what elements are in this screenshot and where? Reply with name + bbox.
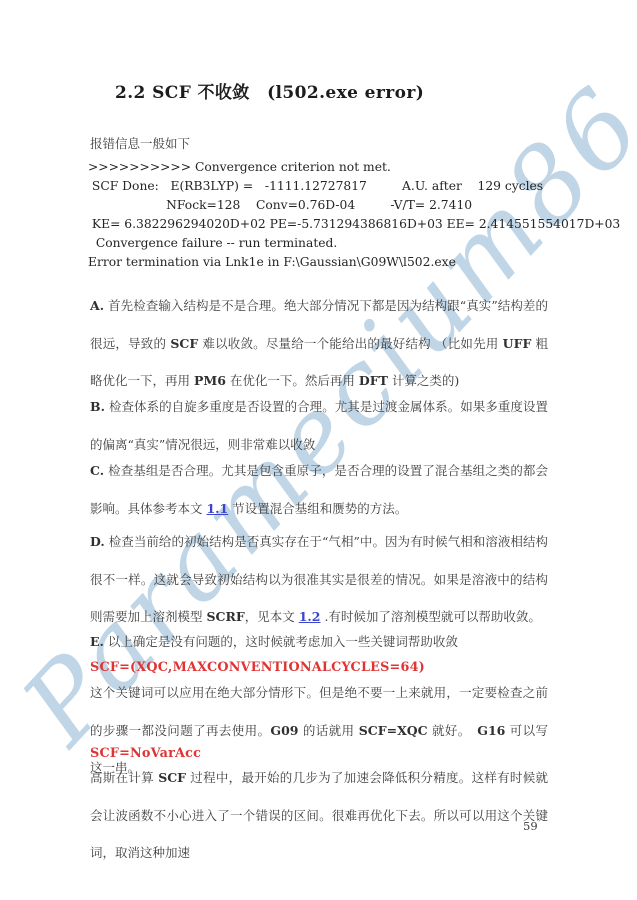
emphasized-term: E.: [90, 634, 104, 649]
emphasized-term: SCF: [170, 336, 198, 351]
error-log-line: >>>>>>>>>> Convergence criterion not met…: [88, 158, 620, 177]
emphasized-term: PM6: [194, 373, 226, 388]
section-title: 2.2 SCF 不收敛 (l502.exe error): [115, 78, 424, 103]
text-segment: 计算之类的): [388, 373, 459, 388]
text-segment: 节设置混合基组和赝势的方法。: [228, 501, 407, 516]
page-number: 59: [523, 819, 538, 833]
paragraph-p3: 高斯在计算 SCF 过程中，最开始的几步为了加速会降低积分精度。这样有时候就会让…: [90, 759, 548, 872]
error-log-line: SCF Done: E(RB3LYP) = -1111.12727817 A.U…: [88, 177, 620, 196]
paragraph-c: C. 检查基组是否合理。尤其是包含重原子，是否合理的设置了混合基组之类的都会影响…: [90, 452, 548, 527]
error-log-line: Error termination via Lnk1e in F:\Gaussi…: [88, 253, 620, 272]
emphasized-term: C.: [90, 463, 104, 478]
error-log-line: KE= 6.382296294020D+02 PE=-5.73129438681…: [88, 215, 620, 234]
error-log-line: NFock=128 Conv=0.76D-04 -V/T= 2.7410: [88, 196, 620, 215]
emphasized-term: DFT: [359, 373, 388, 388]
text-segment: 以上确定是没有问题的，这时候就考虑加入一些关键词帮助收敛: [104, 634, 458, 649]
emphasized-term: UFF: [503, 336, 532, 351]
text-segment: 在优化一下。然后再用: [226, 373, 359, 388]
emphasized-term: SCRF: [206, 609, 244, 624]
paragraph-d: D. 检查当前给的初始结构是否真实存在于“气相”中。因为有时候气相和溶液相结构很…: [90, 523, 548, 636]
emphasized-term: D.: [90, 534, 105, 549]
text-segment: 高斯在计算: [90, 770, 158, 785]
text-segment: .有时候加了溶剂模型就可以帮助收敛。: [320, 609, 540, 624]
text-segment: 检查体系的自旋多重度是否设置的合理。尤其是过渡金属体系。如果多重度设置的偏离“真…: [90, 399, 548, 452]
error-log: >>>>>>>>>> Convergence criterion not met…: [88, 158, 620, 271]
emphasized-term: A.: [90, 298, 104, 313]
intro-text: 报错信息一般如下: [90, 134, 190, 152]
text-segment: ，见本文: [245, 609, 299, 624]
document-page: Paramecium86 2.2 SCF 不收敛 (l502.exe error…: [0, 0, 637, 900]
emphasized-term: B.: [90, 399, 105, 414]
section-link-1.1[interactable]: 1.1: [206, 501, 228, 516]
keyword-text: SCF=(XQC,MAXCONVENTIONALCYCLES=64): [90, 660, 425, 675]
emphasized-term: SCF: [158, 770, 186, 785]
section-link-1.2[interactable]: 1.2: [299, 609, 321, 624]
error-log-line: Convergence failure -- run terminated.: [88, 234, 620, 253]
text-segment: 难以收敛。尽量给一个能给出的最好结构 （比如先用: [198, 336, 502, 351]
paragraph-a: A. 首先检查输入结构是不是合理。绝大部分情况下都是因为结构跟“真实”结构差的很…: [90, 287, 548, 400]
